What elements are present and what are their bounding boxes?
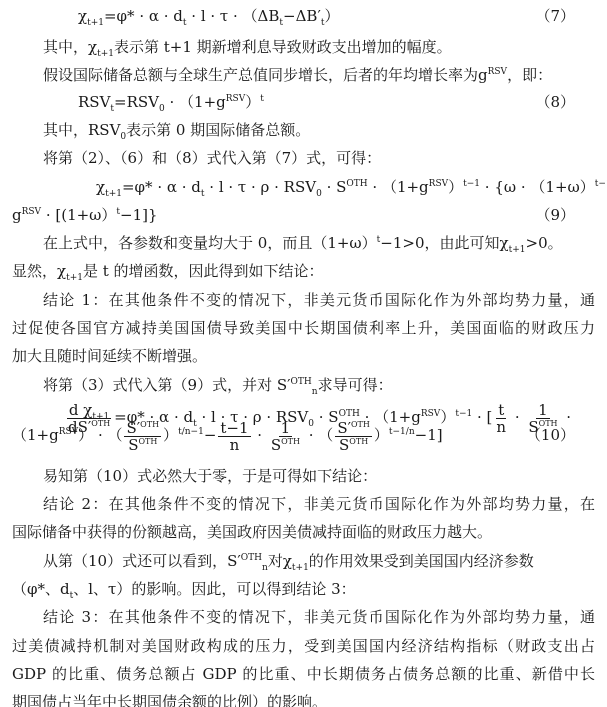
superscript: RSV [429, 179, 448, 189]
equation-number-8: （8） [535, 92, 575, 112]
eq-text: · （1+g [165, 93, 226, 111]
denominator: SOTH [337, 437, 370, 453]
t-minus-1-over-n-fraction: t−1n [218, 420, 250, 453]
conclusion-3-line-4: 期国债占当年中长期国债余额的比例）的影响。 [12, 692, 327, 707]
eq-text: · （ [304, 426, 333, 444]
denominator: n [228, 437, 242, 453]
denominator: SOTH [126, 437, 159, 453]
text: 显然，χ [12, 262, 66, 280]
eq-text: g [12, 206, 22, 224]
superscript: RSV [226, 94, 245, 104]
text: 其中，χ [43, 38, 97, 56]
superscript: OTH [346, 179, 367, 189]
equation-number-9: （9） [535, 205, 575, 225]
share-ratio-fraction: S′OTHSOTH [124, 420, 161, 453]
eq-text: · {ω · （1+ω） [480, 178, 595, 196]
eq-text: · [ [472, 408, 492, 426]
eq-text: −1]} [120, 206, 158, 224]
eq-text: ） [245, 93, 260, 111]
superscript: RSV [22, 207, 41, 217]
eq-text: S′ [337, 419, 351, 437]
paragraph-positivity: 在上式中，各参数和变量均大于 0，而且（1+ω）t−1>0，由此可知χt+1>0… [43, 233, 563, 253]
conclusion-1-line-2: 过促使各国官方减持美国国债导致美国中长期国债利率上升，美国面临的财政压力 [12, 318, 595, 338]
superscript: t−1 [455, 409, 472, 419]
eq-text: S [339, 436, 349, 454]
eq-text: =φ* · α · d [122, 178, 201, 196]
paragraph-chi-definition: 其中，χt+1表示第 t+1 期新增利息导致财政支出增加的幅度。 [43, 37, 452, 57]
conclusion-2-line-1: 结论 2：在其他条件不变的情况下，非美元货币国际化作为外部均势力量，在 [43, 494, 595, 514]
conclusion-1-line-1: 结论 1：在其他条件不变的情况下，非美元货币国际化作为外部均势力量，通 [43, 290, 595, 310]
conclusion-1-line-3: 加大且随时间延续不断增强。 [12, 346, 207, 366]
share-ratio-fraction: S′OTHSOTH [335, 420, 372, 453]
superscript: OTH [138, 437, 157, 446]
numerator: t−1 [218, 420, 250, 437]
subscript: t+1 [66, 273, 83, 283]
superscript: t [178, 427, 182, 437]
superscript: OTH [351, 420, 370, 429]
exponent: t−1/n [389, 427, 415, 437]
denominator: SOTH [269, 437, 302, 453]
text: 表示第 0 期国际储备总额。 [126, 121, 310, 139]
superscript: RSV [488, 67, 507, 77]
equation-8: RSVt=RSV0 · （1+gRSV）t [78, 92, 264, 112]
conclusion-3-line-3: GDP 的比重、债务总额占 GDP 的比重、中长期债务占债务总额的比重、新借中长 [12, 664, 595, 684]
equation-number-10: （10） [526, 425, 575, 445]
superscript: OTH [241, 553, 262, 563]
numerator: 1 [536, 402, 550, 419]
eq-text: （1+g [12, 426, 59, 444]
eq-text: −1] [415, 426, 443, 444]
text: （φ*、d [12, 580, 70, 598]
paragraph-reserve-growth: 假设国际储备总额与全球生产总值同步增长，后者的年均增长率为gRSV，即： [43, 65, 552, 85]
denominator: n [494, 419, 508, 435]
eq-text: ） [325, 7, 340, 25]
chi-symbol: χ [96, 178, 105, 196]
eq-text: · [(1+ω） [41, 206, 116, 224]
equation-7: χt+1=φ* · α · dt · l · τ · （ΔBt−ΔB′t） [78, 6, 340, 26]
eq-text: · [253, 426, 267, 444]
t-over-n-fraction: tn [494, 402, 508, 435]
eq-text: · [510, 408, 524, 426]
eq-text: · [562, 408, 572, 426]
superscript: RSV [59, 427, 78, 437]
superscript: OTH [291, 377, 312, 387]
exponent: t/n−1 [178, 427, 204, 437]
eq-text: S [128, 436, 138, 454]
eq-text: −ΔB′ [283, 7, 321, 25]
eq-text: − [204, 426, 217, 444]
text: 的作用效果受到美国国内经济参数 [309, 552, 534, 570]
text: ，即： [507, 66, 552, 84]
subscript: t+1 [105, 189, 122, 199]
conclusion-3-line-2: 过美债减持机制对美国财政构成的压力，受到美国国内经济结构指标（财政支出占 [12, 636, 595, 656]
numerator: S′OTH [124, 420, 161, 437]
numerator: t [496, 402, 506, 419]
superscript: OTH [140, 420, 159, 429]
eq-text: · （1+g [368, 178, 429, 196]
eq-text: S [271, 436, 281, 454]
equation-9-line-2: gRSV · [(1+ω）t−1]} [12, 205, 158, 225]
equation-9-line-1: χt+1=φ* · α · dt · l · τ · ρ · RSV0 · SO… [96, 177, 607, 197]
paragraph-parameter-effects-line-2: （φ*、dt、l、τ）的影响。因此，可以得到结论 3： [12, 579, 356, 599]
eq-text: ） · （ [78, 426, 122, 444]
paragraph-derivative-positive: 易知第（10）式必然大于零，于是可得如下结论： [43, 466, 377, 486]
eq-text: · l · τ · （ΔB [187, 7, 280, 25]
eq-text: · S [322, 178, 347, 196]
eq-text: =RSV [114, 93, 159, 111]
numerator: d χt+1 [67, 402, 111, 419]
superscript: t−1 [389, 427, 406, 437]
text: 对χ [268, 552, 292, 570]
subscript: t+1 [97, 49, 114, 59]
text: 从第（10）式还可以看到，S′ [43, 552, 241, 570]
superscript: t−1 [595, 179, 607, 189]
one-over-s0-fraction: 1SOTH [269, 420, 302, 453]
text: 、l、τ）的影响。因此，可以得到结论 3： [73, 580, 355, 598]
chi-symbol: χ [78, 7, 87, 25]
paragraph-parameter-effects: 从第（10）式还可以看到，S′OTHn对χt+1的作用效果受到美国国内经济参数 [43, 551, 595, 571]
eq-text: · l · τ · ρ · RSV [205, 178, 317, 196]
eq-text: RSV [78, 93, 110, 111]
superscript: OTH [281, 437, 300, 446]
numerator: S′OTH [335, 420, 372, 437]
paragraph-rsv0-definition: 其中，RSV0表示第 0 期国际储备总额。 [43, 120, 310, 140]
equation-number-7: （7） [535, 6, 575, 26]
eq-text: d χ [69, 401, 92, 419]
text: 是 t 的增函数，因此得到如下结论： [83, 262, 324, 280]
eq-text: ） [448, 178, 463, 196]
paragraph-substitution: 将第（2）、（6）和（8）式代入第（7）式，可得： [43, 148, 381, 168]
text: 将第（3）式代入第（9）式，并对 S′ [43, 376, 291, 394]
text: >0。 [526, 234, 563, 252]
text: 假设国际储备总额与全球生产总值同步增长，后者的年均增长率为g [43, 66, 488, 84]
eq-text: S′ [126, 419, 140, 437]
text: −1>0，由此可知χ [380, 234, 508, 252]
superscript: t−1 [463, 179, 480, 189]
text: 其中，RSV [43, 121, 120, 139]
subscript: t+1 [292, 563, 309, 573]
conclusion-2-line-2: 国际储备中获得的份额越高，美国政府因美债减持面临的财政压力越大。 [12, 522, 492, 542]
eq-text: =φ* · α · d [104, 7, 183, 25]
paragraph-increasing-function: 显然，χt+1是 t 的增函数，因此得到如下结论： [12, 261, 324, 281]
paragraph-derivative-intro: 将第（3）式代入第（9）式，并对 S′OTHn求导可得： [43, 375, 393, 395]
text: 表示第 t+1 期新增利息导致财政支出增加的幅度。 [114, 38, 452, 56]
text: 在上式中，各参数和变量均大于 0，而且（1+ω） [43, 234, 377, 252]
numerator: 1 [279, 420, 293, 437]
superscript: OTH [349, 437, 368, 446]
subscript: t+1 [509, 245, 526, 255]
superscript: −1 [191, 427, 204, 437]
conclusion-3-line-1: 结论 3：在其他条件不变的情况下，非美元货币国际化作为外部均势力量，通 [43, 607, 595, 627]
subscript: t+1 [87, 18, 104, 28]
superscript: t [260, 94, 264, 104]
equation-10-line-2: （1+gRSV） · （S′OTHSOTH）t/n−1−t−1n · 1SOTH… [12, 418, 443, 453]
text: 求导可得： [318, 376, 393, 394]
